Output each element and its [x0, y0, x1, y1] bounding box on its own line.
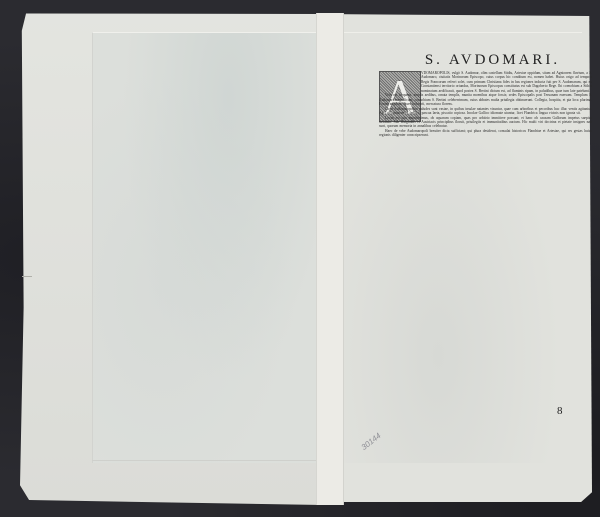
edge-tear	[22, 276, 32, 277]
text-page: S. AVDOMARI. A VDOMAROPOLIS, vulgò S. Au…	[379, 52, 592, 69]
center-fold-guard	[316, 13, 344, 505]
paragraph: VDOMAROPOLIS, vulgò S. Audomar, olim cas…	[379, 71, 592, 93]
paragraph: Locus est situ munitissimus, ob aquarum …	[379, 116, 592, 129]
plate-mark-area	[92, 32, 319, 463]
page-title: S. AVDOMARI.	[393, 52, 592, 69]
plate-mark-line	[92, 460, 318, 461]
paragraph: Vrbs est frequens, amplis aedibus, ornat…	[379, 93, 592, 106]
paragraph: Circa Audomaropolim paludes sunt vastae,…	[379, 107, 592, 116]
signature-mark: 8	[557, 405, 563, 417]
paragraph-text: VDOMAROPOLIS, vulgò S. Audomar, olim cas…	[379, 71, 592, 93]
body-text: VDOMAROPOLIS, vulgò S. Audomar, olim cas…	[379, 71, 592, 138]
paragraph: Haec de vrbe Audomaropoli breuiter dicta…	[379, 129, 592, 138]
